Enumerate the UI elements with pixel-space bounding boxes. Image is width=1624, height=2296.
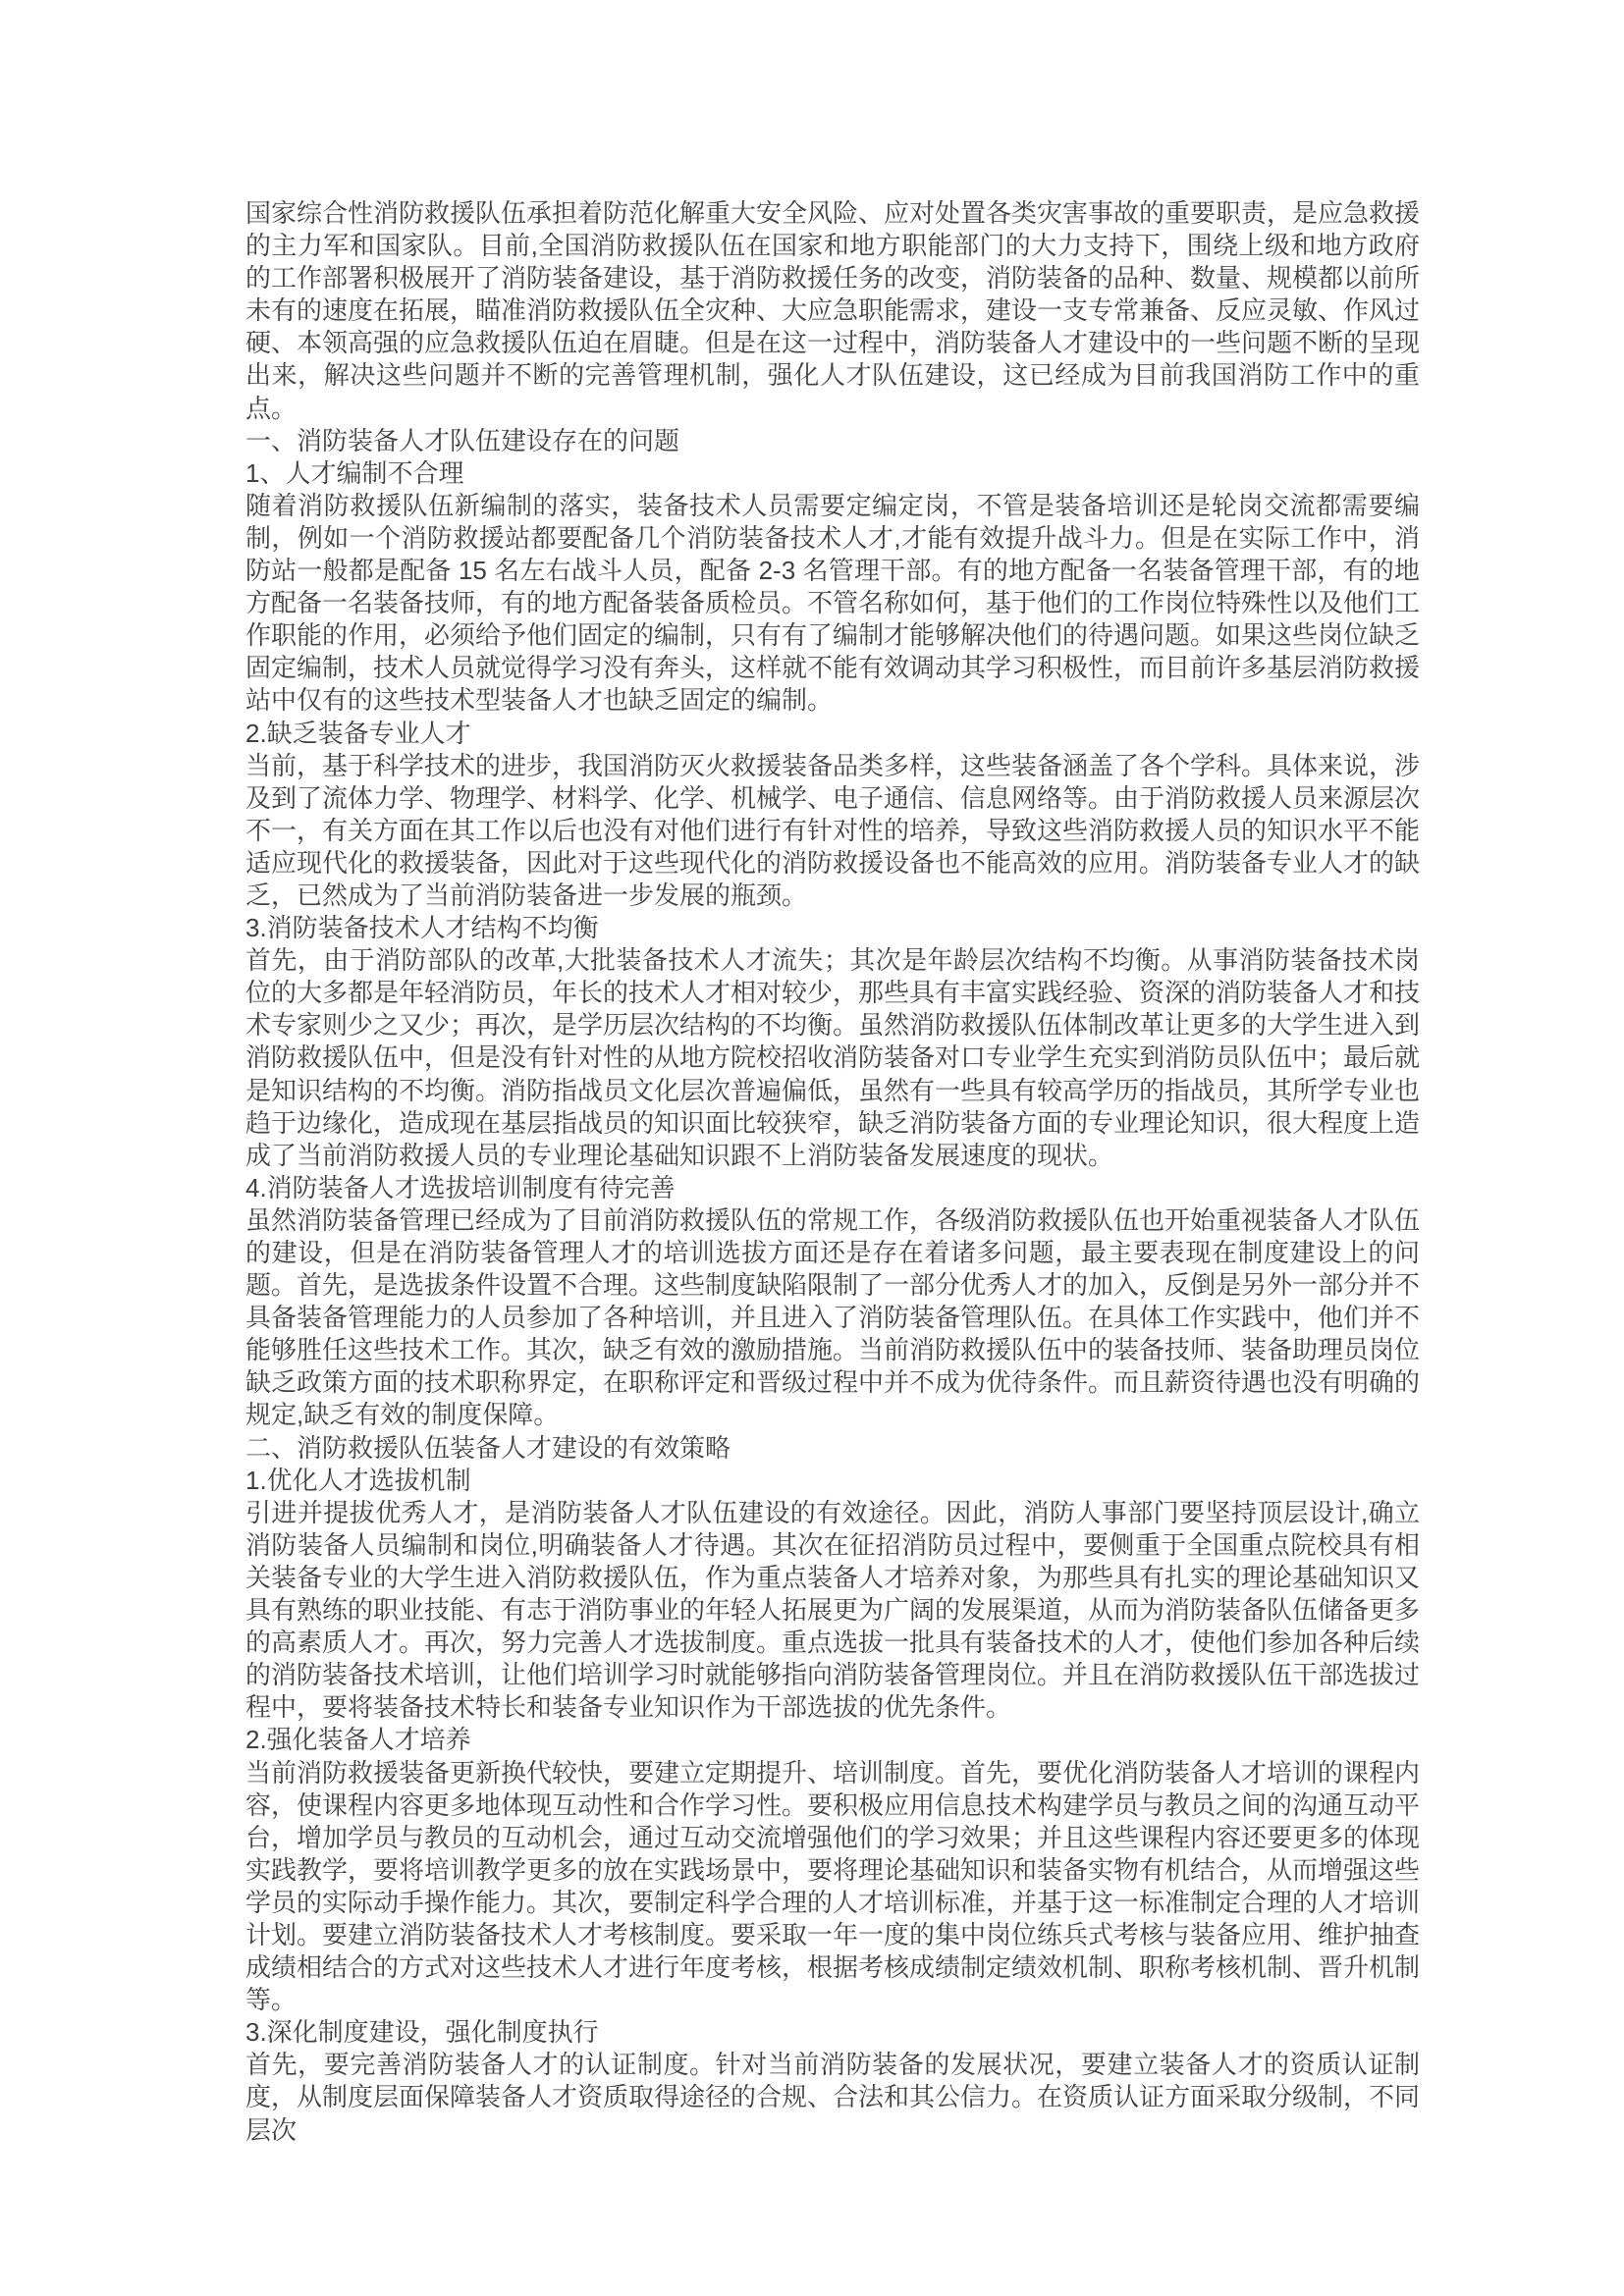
section-2-heading: 二、消防救援队伍装备人才建设的有效策略 [245,1432,1420,1465]
subsection-2-2-heading: 2.强化装备人才培养 [245,1724,1420,1756]
subsection-2-1-heading: 1.优化人才选拔机制 [245,1465,1420,1497]
paragraph: 引进并提拔优秀人才，是消防装备人才队伍建设的有效途径。因此，消防人事部门要坚持顶… [245,1497,1420,1725]
paragraph: 当前，基于科学技术的进步，我国消防灭火救援装备品类多样，这些装备涵盖了各个学科。… [245,750,1420,912]
document-body: 国家综合性消防救援队伍承担着防范化解重大安全风险、应对处置各类灾害事故的重要职责… [245,197,1420,2147]
paragraph-truncated: 首先，要完善消防装备人才的认证制度。针对当前消防装备的发展状况，要建立装备人才的… [245,2049,1420,2146]
paragraph: 随着消防救援队伍新编制的落实，装备技术人员需要定编定岗，不管是装备培训还是轮岗交… [245,490,1420,718]
subsection-2-3-heading: 3.深化制度建设，强化制度执行 [245,2016,1420,2049]
document-page: 国家综合性消防救援队伍承担着防范化解重大安全风险、应对处置各类灾害事故的重要职责… [0,0,1624,2296]
intro-paragraph: 国家综合性消防救援队伍承担着防范化解重大安全风险、应对处置各类灾害事故的重要职责… [245,197,1420,425]
paragraph: 当前消防救援装备更新换代较快，要建立定期提升、培训制度。首先，要优化消防装备人才… [245,1757,1420,2017]
subsection-1-1-heading: 1、人才编制不合理 [245,457,1420,490]
subsection-1-3-heading: 3.消防装备技术人才结构不均衡 [245,912,1420,944]
paragraph: 首先，由于消防部队的改革,大批装备技术人才流失；其次是年龄层次结构不均衡。从事消… [245,944,1420,1172]
paragraph: 虽然消防装备管理已经成为了目前消防救援队伍的常规工作，各级消防救援队伍也开始重视… [245,1204,1420,1432]
subsection-1-4-heading: 4.消防装备人才选拔培训制度有待完善 [245,1172,1420,1204]
subsection-1-2-heading: 2.缺乏装备专业人才 [245,718,1420,750]
section-1-heading: 一、消防装备人才队伍建设存在的问题 [245,425,1420,457]
